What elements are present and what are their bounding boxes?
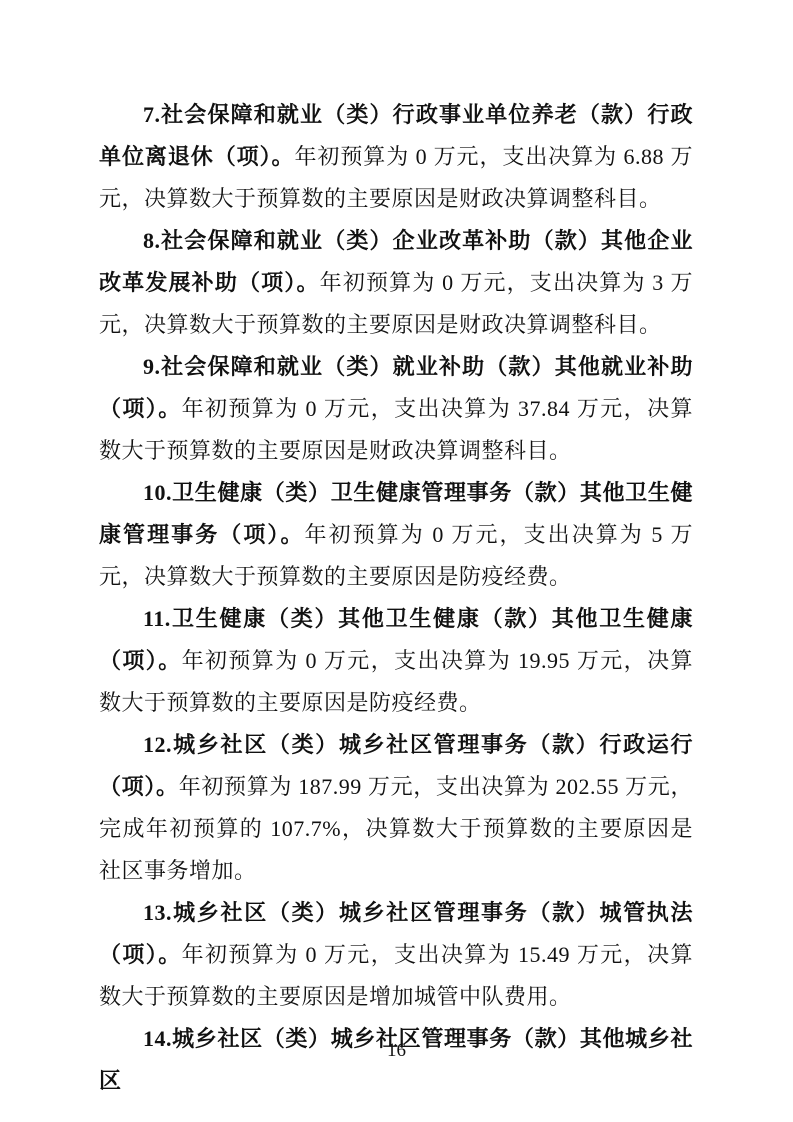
paragraph-12: 12.城乡社区（类）城乡社区管理事务（款）行政运行（项）。年初预算为 187.9… bbox=[99, 724, 693, 892]
paragraph-11-body: 年初预算为 0 万元，支出决算为 19.95 万元，决算数大于预算数的主要原因是… bbox=[99, 648, 693, 715]
paragraph-13: 13.城乡社区（类）城乡社区管理事务（款）城管执法（项）。年初预算为 0 万元，… bbox=[99, 892, 693, 1018]
paragraph-8: 8.社会保障和就业（类）企业改革补助（款）其他企业改革发展补助（项）。年初预算为… bbox=[99, 220, 693, 346]
paragraph-9: 9.社会保障和就业（类）就业补助（款）其他就业补助（项）。年初预算为 0 万元，… bbox=[99, 346, 693, 472]
page-number: 16 bbox=[0, 1038, 793, 1064]
paragraph-13-body: 年初预算为 0 万元，支出决算为 15.49 万元，决算数大于预算数的主要原因是… bbox=[99, 942, 693, 1009]
document-page: 7.社会保障和就业（类）行政事业单位养老（款）行政单位离退休（项）。年初预算为 … bbox=[0, 0, 793, 1122]
paragraph-12-body: 年初预算为 187.99 万元，支出决算为 202.55 万元，完成年初预算的 … bbox=[99, 774, 693, 883]
paragraph-7: 7.社会保障和就业（类）行政事业单位养老（款）行政单位离退休（项）。年初预算为 … bbox=[99, 94, 693, 220]
paragraph-11: 11.卫生健康（类）其他卫生健康（款）其他卫生健康（项）。年初预算为 0 万元，… bbox=[99, 598, 693, 724]
text-content: 7.社会保障和就业（类）行政事业单位养老（款）行政单位离退休（项）。年初预算为 … bbox=[99, 94, 693, 1102]
paragraph-9-body: 年初预算为 0 万元，支出决算为 37.84 万元，决算数大于预算数的主要原因是… bbox=[99, 396, 693, 463]
paragraph-10: 10.卫生健康（类）卫生健康管理事务（款）其他卫生健康管理事务（项）。年初预算为… bbox=[99, 472, 693, 598]
